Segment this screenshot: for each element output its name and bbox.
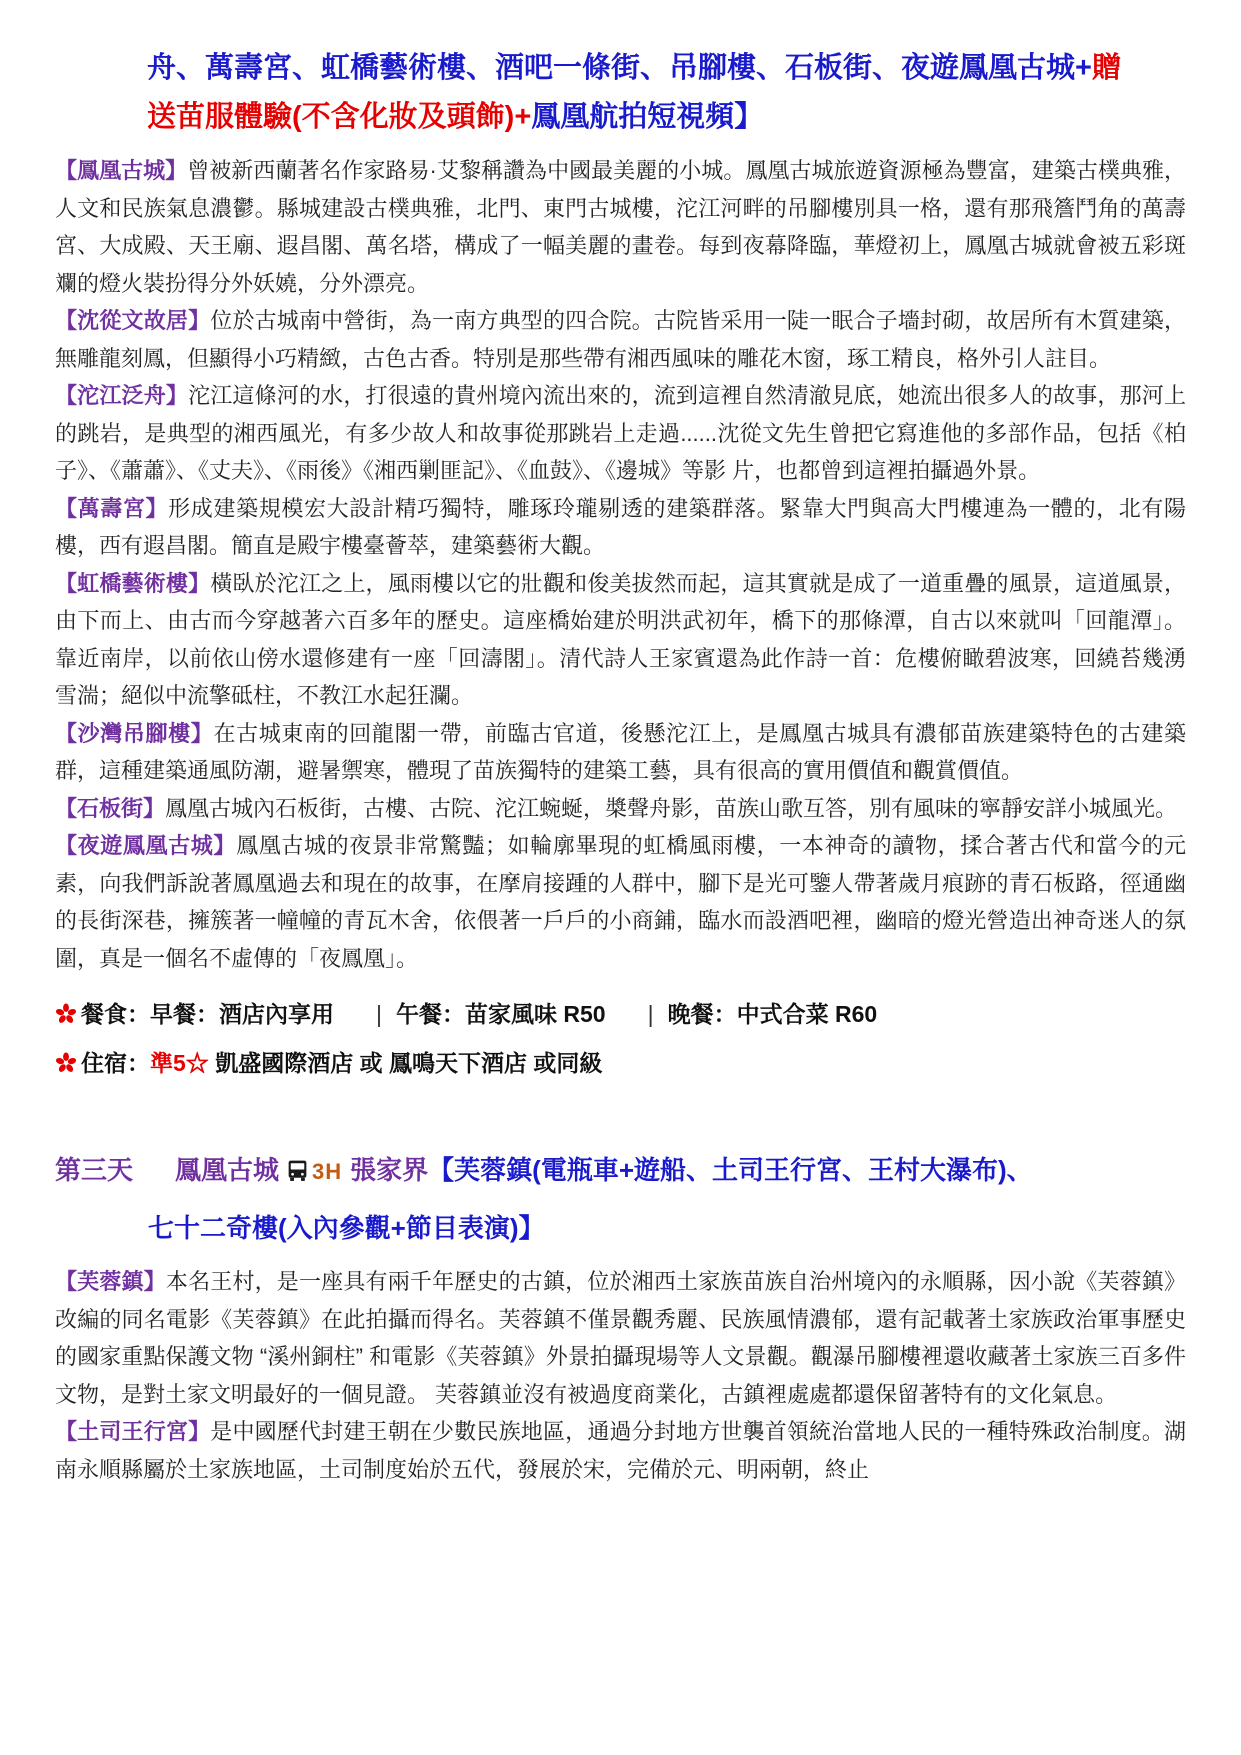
section-title: 【萬壽宮】 — [55, 496, 168, 521]
document-page: 舟、萬壽宮、虹橋藝術樓、酒吧一條街、吊腳樓、石板街、夜遊鳳凰古城+贈 送苗服體驗… — [0, 0, 1241, 1755]
title-line1-red: 贈 — [1092, 52, 1121, 84]
section-paragraph: 【沈從文故居】位於古城南中營街，為一南方典型的四合院。古院皆采用一陡一眠合子墻封… — [55, 302, 1186, 377]
section-paragraph: 【萬壽宮】形成建築規模宏大設計精巧獨特，雕琢玲瓏剔透的建築群落。緊靠大門與高大門… — [55, 490, 1186, 565]
section-body: 沱江這條河的水，打很遠的貴州境內流出來的，流到這裡自然清澈見底，她流出很多人的故… — [55, 383, 1186, 483]
bus-icon — [285, 1153, 310, 1195]
itinerary-title-line1: 舟、萬壽宮、虹橋藝術樓、酒吧一條街、吊腳樓、石板街、夜遊鳳凰古城+贈 — [147, 44, 1186, 93]
meal-lunch: 午餐：苗家風味 R50 — [396, 1001, 606, 1027]
section-body: 橫臥於沱江之上，風雨樓以它的壯觀和俊美拔然而起，這其實就是成了一道重疊的風景，這… — [55, 571, 1186, 709]
day3-descriptions: 【芙蓉鎮】本名王村，是一座具有兩千年歷史的古鎮，位於湘西土家族苗族自治州境內的永… — [55, 1263, 1186, 1488]
section-title: 【鳳凰古城】 — [55, 158, 187, 183]
hotel-names: 凱盛國際酒店 或 鳳鳴天下酒店 或同級 — [215, 1050, 602, 1076]
day3-destination: 張家界 — [350, 1155, 428, 1185]
section-body: 形成建築規模宏大設計精巧獨特，雕琢玲瓏剔透的建築群落。緊靠大門與高大門樓連為一體… — [55, 496, 1186, 559]
itinerary-title: 舟、萬壽宮、虹橋藝術樓、酒吧一條街、吊腳樓、石板街、夜遊鳳凰古城+贈 送苗服體驗… — [147, 44, 1186, 142]
page-content: 舟、萬壽宮、虹橋藝術樓、酒吧一條街、吊腳樓、石板街、夜遊鳳凰古城+贈 送苗服體驗… — [0, 0, 1241, 1488]
itinerary-title-line2: 送苗服體驗(不含化妝及頭飾)+鳳凰航拍短視頻】 — [147, 93, 1186, 142]
section-title: 【沱江泛舟】 — [55, 383, 188, 408]
section-paragraph: 【芙蓉鎮】本名王村，是一座具有兩千年歷史的古鎮，位於湘西土家族苗族自治州境內的永… — [55, 1263, 1186, 1413]
section-title: 【土司王行宮】 — [55, 1419, 210, 1444]
lodging-line: 住宿：準5☆ 凱盛國際酒店 或 鳳鳴天下酒店 或同級 — [55, 1040, 1186, 1089]
section-body: 在古城東南的回龍閣一帶，前臨古官道，後懸沱江上，是鳳凰古城具有濃郁苗族建築特色的… — [55, 721, 1186, 784]
section-paragraph: 【土司王行宮】是中國歷代封建王朝在少數民族地區，通過分封地方世襲首領統治當地人民… — [55, 1413, 1186, 1488]
day3-title-line1: 【芙蓉鎮(電瓶車+遊船、土司王行宮、王村大瀑布)、 — [428, 1155, 1033, 1185]
meal-separator: | — [648, 1001, 654, 1027]
flower-bullet-icon — [55, 994, 77, 1040]
title-line2-red: 送苗服體驗(不含化妝及頭飾)+ — [147, 101, 531, 133]
day3-heading-line1: 第三天鳳凰古城3H張家界【芙蓉鎮(電瓶車+遊船、土司王行宮、王村大瀑布)、 — [55, 1149, 1186, 1195]
section-title: 【虹橋藝術樓】 — [55, 571, 210, 596]
section-paragraph: 【虹橋藝術樓】橫臥於沱江之上，風雨樓以它的壯觀和俊美拔然而起，這其實就是成了一道… — [55, 565, 1186, 715]
meals-lodging-block: 餐食：早餐：酒店內享用|午餐：苗家風味 R50|晚餐：中式合菜 R60 住宿：準… — [55, 991, 1186, 1089]
section-body: 曾被新西蘭著名作家路易·艾黎稱讚為中國最美麗的小城。鳳凰古城旅遊資源極為豐富，建… — [55, 158, 1186, 296]
meal-separator: | — [376, 1001, 382, 1027]
meals-label: 餐食： — [81, 1001, 150, 1027]
section-body: 位於古城南中營街，為一南方典型的四合院。古院皆采用一陡一眠合子墻封砌，故居所有木… — [55, 308, 1186, 371]
meals-line: 餐食：早餐：酒店內享用|午餐：苗家風味 R50|晚餐：中式合菜 R60 — [55, 991, 1186, 1040]
day3-title-line2: 七十二奇樓(入內參觀+節目表演)】 — [148, 1207, 1186, 1249]
section-paragraph: 【鳳凰古城】曾被新西蘭著名作家路易·艾黎稱讚為中國最美麗的小城。鳳凰古城旅遊資源… — [55, 152, 1186, 302]
section-paragraph: 【沱江泛舟】沱江這條河的水，打很遠的貴州境內流出來的，流到這裡自然清澈見底，她流… — [55, 377, 1186, 490]
day3-heading: 第三天鳳凰古城3H張家界【芙蓉鎮(電瓶車+遊船、土司王行宮、王村大瀑布)、 七十… — [55, 1149, 1186, 1249]
title-line2-blue: 鳳凰航拍短視頻】 — [531, 101, 763, 133]
hotel-grade: 準5☆ — [150, 1050, 209, 1076]
section-paragraph: 【夜遊鳳凰古城】鳳凰古城的夜景非常驚豔；如輪廓畢現的虹橋風雨樓，一本神奇的讀物，… — [55, 827, 1186, 977]
section-body: 鳳凰古城內石板街，古樓、古院、沱江蜿蜒，槳聲舟影，苗族山歌互答，別有風味的寧靜安… — [165, 796, 1177, 821]
section-body: 本名王村，是一座具有兩千年歷史的古鎮，位於湘西土家族苗族自治州境內的永順縣，因小… — [55, 1269, 1186, 1407]
section-body: 是中國歷代封建王朝在少數民族地區，通過分封地方世襲首領統治當地人民的一種特殊政治… — [55, 1419, 1186, 1482]
section-title: 【芙蓉鎮】 — [55, 1269, 166, 1294]
title-line1-blue: 舟、萬壽宮、虹橋藝術樓、酒吧一條街、吊腳樓、石板街、夜遊鳳凰古城+ — [147, 52, 1092, 84]
day3-transport-duration: 3H — [312, 1159, 342, 1184]
section-paragraph: 【石板街】鳳凰古城內石板街，古樓、古院、沱江蜿蜒，槳聲舟影，苗族山歌互答，別有風… — [55, 790, 1186, 828]
section-title: 【沈從文故居】 — [55, 308, 210, 333]
section-title: 【石板街】 — [55, 796, 165, 821]
lodging-label: 住宿： — [81, 1050, 150, 1076]
day2-descriptions: 【鳳凰古城】曾被新西蘭著名作家路易·艾黎稱讚為中國最美麗的小城。鳳凰古城旅遊資源… — [55, 152, 1186, 977]
flower-bullet-icon — [55, 1043, 77, 1089]
section-title: 【沙灣吊腳樓】 — [55, 721, 213, 746]
section-paragraph: 【沙灣吊腳樓】在古城東南的回龍閣一帶，前臨古官道，後懸沱江上，是鳳凰古城具有濃郁… — [55, 715, 1186, 790]
day3-origin: 鳳凰古城 — [175, 1155, 279, 1185]
section-title: 【夜遊鳳凰古城】 — [55, 833, 236, 858]
meal-dinner: 晚餐：中式合菜 R60 — [668, 1001, 878, 1027]
day3-label: 第三天 — [55, 1155, 133, 1185]
meal-breakfast: 早餐：酒店內享用 — [150, 1001, 334, 1027]
